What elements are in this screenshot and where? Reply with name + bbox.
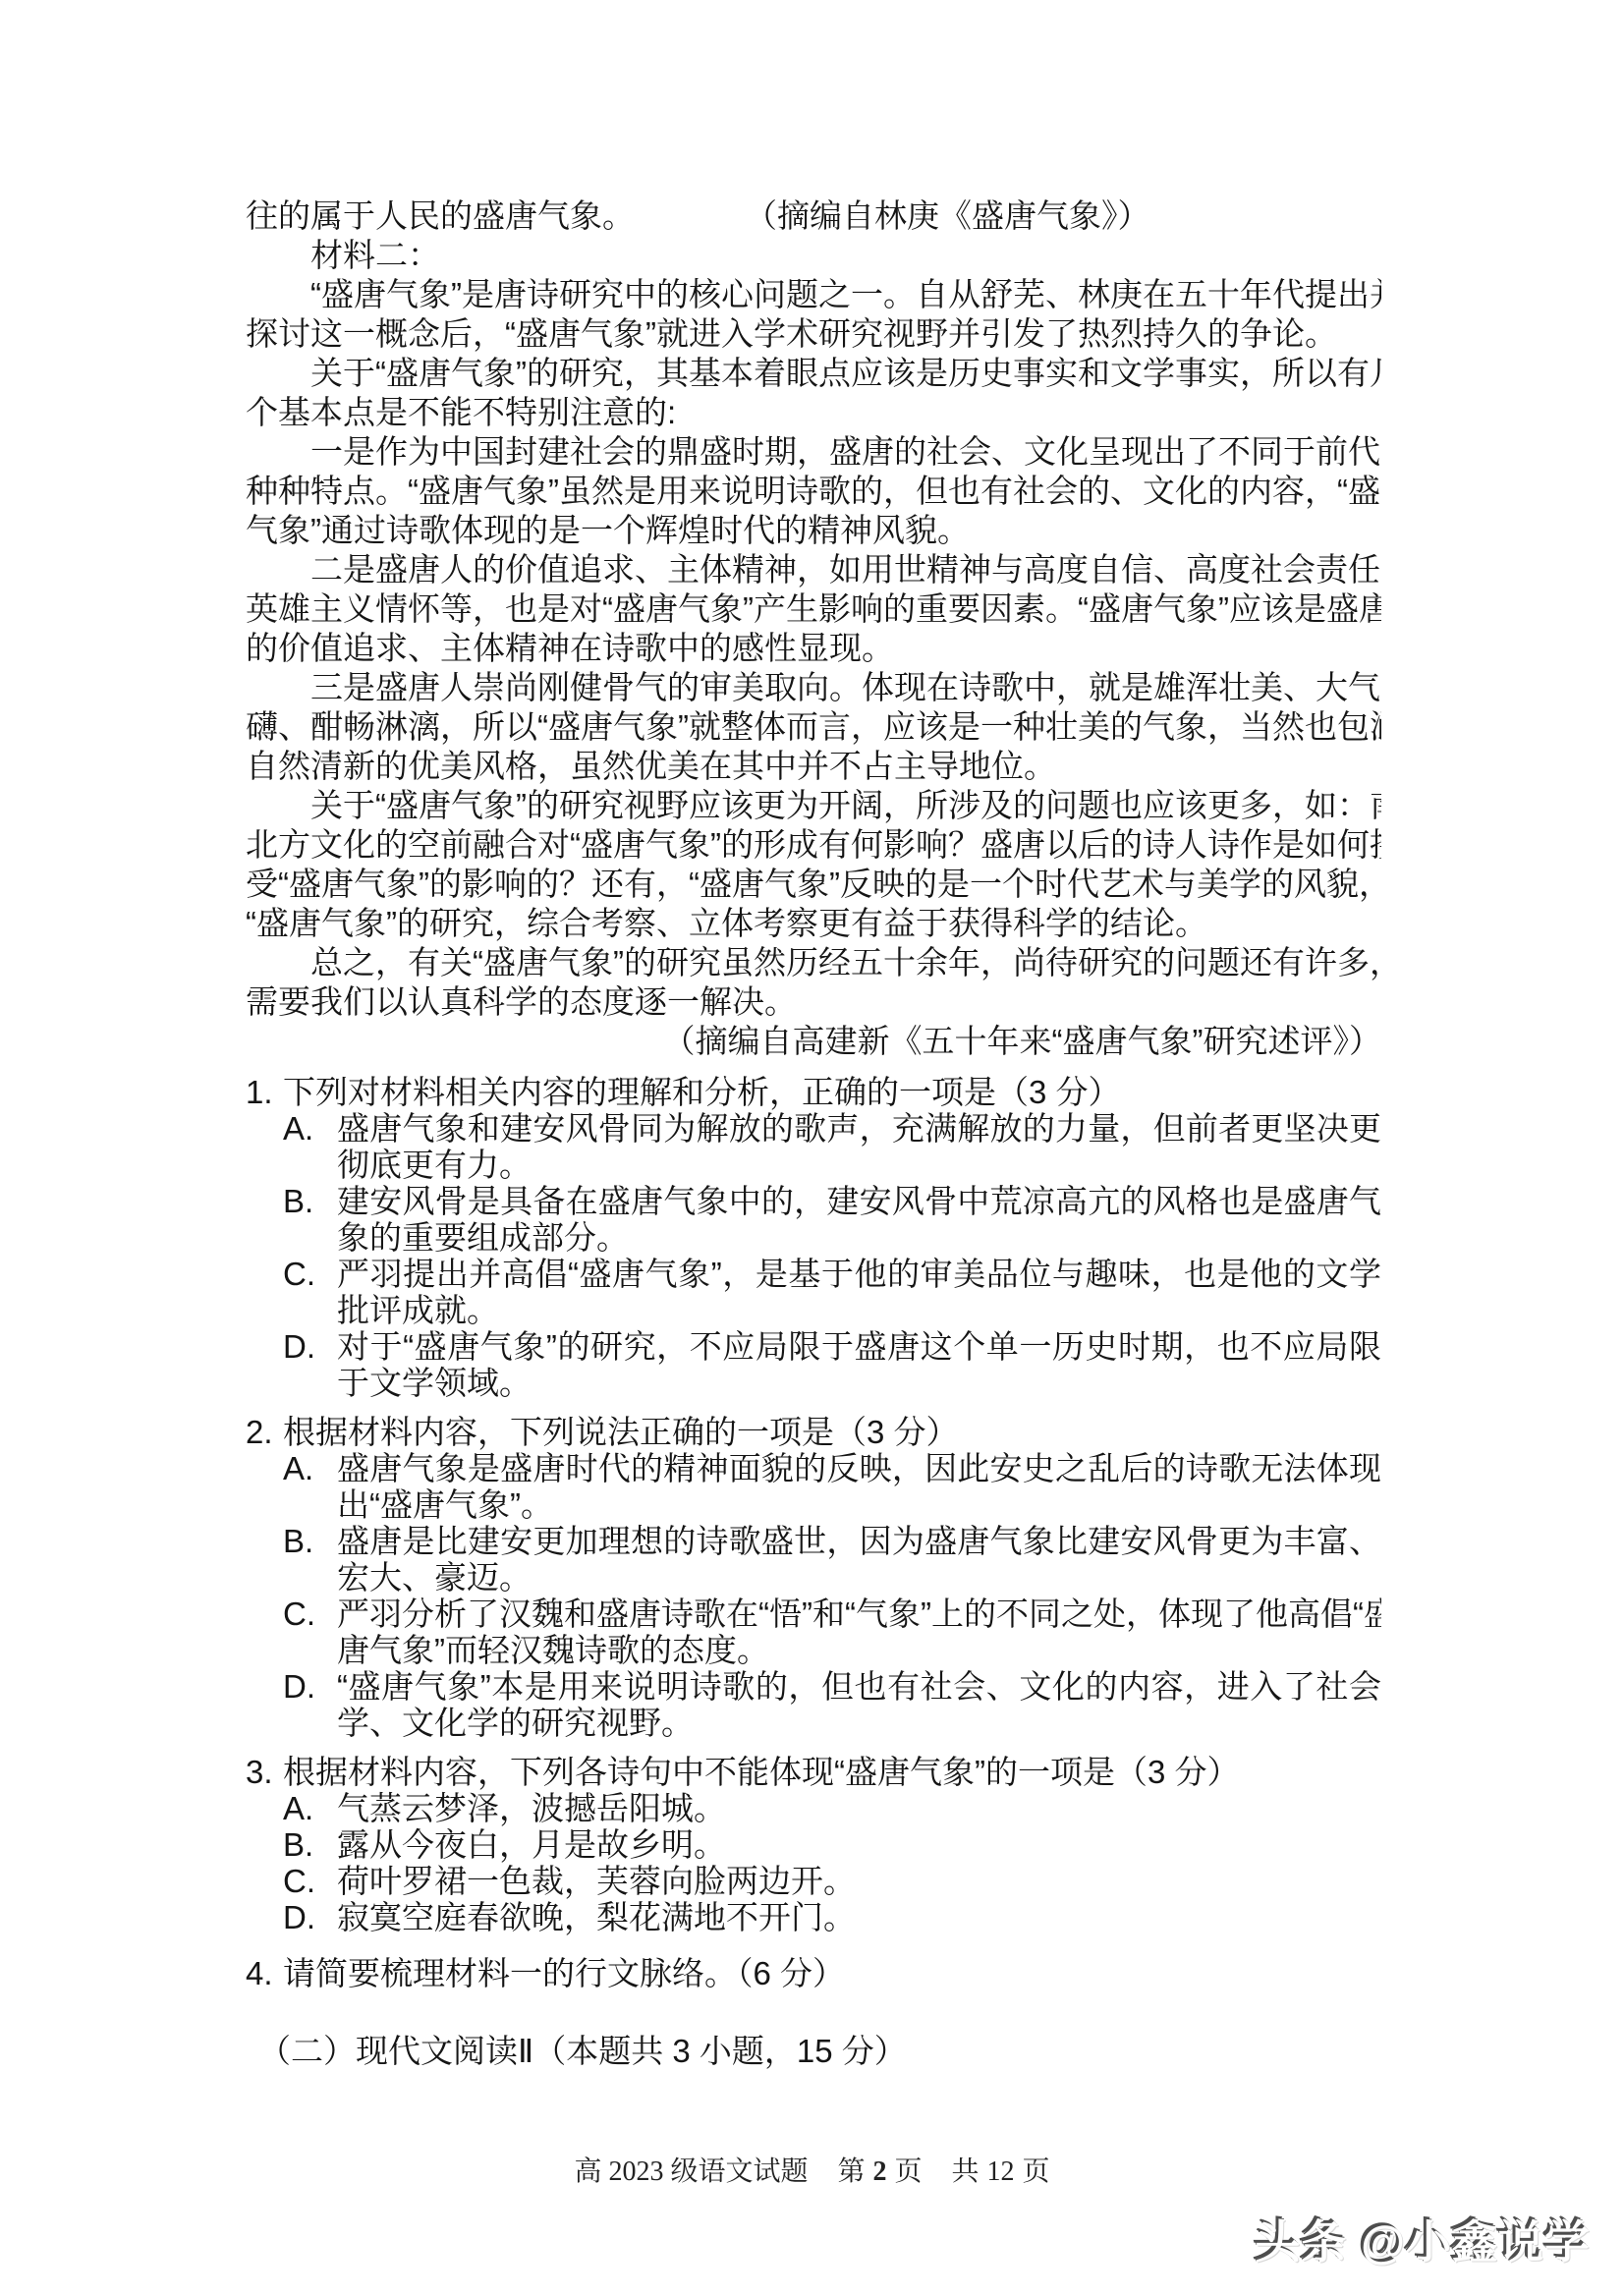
option-text: 建安风骨是具备在盛唐气象中的，建安风骨中荒凉高亢的风格也是盛唐气象的重要组成部分… <box>337 1183 1381 1256</box>
paragraph-line: 探讨这一概念后，“盛唐气象”就进入学术研究视野并引发了热烈持久的争论。 <box>246 314 1381 354</box>
material-two-attribution: （摘编自高建新《五十年来“盛唐气象”研究述评》） <box>246 1022 1381 1061</box>
option-label: C. <box>283 1596 337 1668</box>
paragraph: 二是盛唐人的价值追求、主体精神，如用世精神与高度自信、高度社会责任感、英雄主义情… <box>246 550 1381 668</box>
option-line: 建安风骨是具备在盛唐气象中的，建安风骨中荒凉高亢的风格也是盛唐气 <box>337 1183 1381 1219</box>
option-text: 盛唐气象和建安风骨同为解放的歌声，充满解放的力量，但前者更坚决更彻底更有力。 <box>337 1110 1381 1183</box>
option-label: C. <box>283 1863 337 1899</box>
option-row: C.荷叶罗裙一色裁，芙蓉向脸两边开。 <box>283 1863 1381 1899</box>
option-label: C. <box>283 1256 337 1328</box>
option-label: A. <box>283 1790 337 1826</box>
option-line: 学、文化学的研究视野。 <box>337 1705 1381 1741</box>
page-footer: 高 2023 级语文试题第2页共12页 <box>0 2150 1624 2189</box>
page-content: 往的属于人民的盛唐气象。（摘编自林庚《盛唐气象》） 材料二： “盛唐气象”是唐诗… <box>246 196 1381 2069</box>
option-row: C.严羽提出并高倡“盛唐气象”，是基于他的审美品位与趣味，也是他的文学批评成就。 <box>283 1256 1381 1328</box>
option-line: “盛唐气象”本是用来说明诗歌的，但也有社会、文化的内容，进入了社会 <box>337 1668 1381 1705</box>
footer-page-suffix: 页 <box>894 2156 922 2187</box>
question: 2.根据材料内容，下列说法正确的一项是（3 分）A.盛唐气象是盛唐时代的精神面貌… <box>246 1414 1381 1741</box>
option-line: 盛唐气象和建安风骨同为解放的歌声，充满解放的力量，但前者更坚决更 <box>337 1110 1381 1147</box>
option-text: 对于“盛唐气象”的研究，不应局限于盛唐这个单一历史时期，也不应局限于文学领域。 <box>337 1328 1381 1401</box>
option-row: D.“盛唐气象”本是用来说明诗歌的，但也有社会、文化的内容，进入了社会学、文化学… <box>283 1668 1381 1741</box>
paragraph-line: 的价值追求、主体精神在诗歌中的感性显现。 <box>246 629 1381 668</box>
continuation-line: 往的属于人民的盛唐气象。（摘编自林庚《盛唐气象》） <box>246 196 1381 236</box>
question-row: 2.根据材料内容，下列说法正确的一项是（3 分）A.盛唐气象是盛唐时代的精神面貌… <box>246 1414 1381 1741</box>
paragraph-line: 气象”通过诗歌体现的是一个辉煌时代的精神风貌。 <box>246 511 1381 550</box>
question-row: 1.下列对材料相关内容的理解和分析，正确的一项是（3 分）A.盛唐气象和建安风骨… <box>246 1074 1381 1401</box>
option-row: A.盛唐气象和建安风骨同为解放的歌声，充满解放的力量，但前者更坚决更彻底更有力。 <box>283 1110 1381 1183</box>
paragraph: 一是作为中国封建社会的鼎盛时期，盛唐的社会、文化呈现出了不同于前代的种种特点。“… <box>246 432 1381 550</box>
question-body: 下列对材料相关内容的理解和分析，正确的一项是（3 分）A.盛唐气象和建安风骨同为… <box>283 1074 1381 1401</box>
option-row: D.对于“盛唐气象”的研究，不应局限于盛唐这个单一历史时期，也不应局限于文学领域… <box>283 1328 1381 1401</box>
question-number: 4. <box>246 1955 283 1991</box>
question-body: 根据材料内容，下列说法正确的一项是（3 分）A.盛唐气象是盛唐时代的精神面貌的反… <box>283 1414 1381 1741</box>
question-stem: 下列对材料相关内容的理解和分析，正确的一项是（3 分） <box>283 1074 1381 1110</box>
option-text: 荷叶罗裙一色裁，芙蓉向脸两边开。 <box>337 1863 1381 1899</box>
question-body: 请简要梳理材料一的行文脉络。（6 分） <box>283 1955 1381 1991</box>
material-one-attribution: （摘编自林庚《盛唐气象》） <box>745 197 1150 234</box>
continuation-text: 往的属于人民的盛唐气象。 <box>246 197 635 234</box>
option-row: D.寂寞空庭春欲晚，梨花满地不开门。 <box>283 1899 1381 1935</box>
paragraph-line: 受“盛唐气象”的影响的？还有，“盛唐气象”反映的是一个时代艺术与美学的风貌，对 <box>246 865 1381 904</box>
paragraph-line: 三是盛唐人崇尚刚健骨气的审美取向。体现在诗歌中，就是雄浑壮美、大气磅 <box>246 668 1381 707</box>
option-text: 盛唐是比建安更加理想的诗歌盛世，因为盛唐气象比建安风骨更为丰富、宏大、豪迈。 <box>337 1523 1381 1596</box>
question-number: 1. <box>246 1074 283 1401</box>
question-row: 4.请简要梳理材料一的行文脉络。（6 分） <box>246 1955 1381 1991</box>
option-line: 彻底更有力。 <box>337 1147 1381 1183</box>
footer-title: 高 2023 级语文试题 <box>574 2156 808 2187</box>
paragraph-line: 需要我们以认真科学的态度逐一解决。 <box>246 982 1381 1022</box>
option-line: 盛唐气象是盛唐时代的精神面貌的反映，因此安史之乱后的诗歌无法体现 <box>337 1450 1381 1486</box>
paragraph-line: 二是盛唐人的价值追求、主体精神，如用世精神与高度自信、高度社会责任感、 <box>246 550 1381 589</box>
option-text: 寂寞空庭春欲晚，梨花满地不开门。 <box>337 1899 1381 1935</box>
option-text: 严羽提出并高倡“盛唐气象”，是基于他的审美品位与趣味，也是他的文学批评成就。 <box>337 1256 1381 1328</box>
question: 1.下列对材料相关内容的理解和分析，正确的一项是（3 分）A.盛唐气象和建安风骨… <box>246 1074 1381 1401</box>
material-two-body: “盛唐气象”是唐诗研究中的核心问题之一。自从舒芜、林庚在五十年代提出并探讨这一概… <box>246 275 1381 1022</box>
option-line: 寂寞空庭春欲晚，梨花满地不开门。 <box>337 1899 1381 1935</box>
option-row: B.露从今夜白，月是故乡明。 <box>283 1826 1381 1863</box>
exam-paper-page: 往的属于人民的盛唐气象。（摘编自林庚《盛唐气象》） 材料二： “盛唐气象”是唐诗… <box>0 0 1624 2296</box>
section-heading: （二）现代文阅读Ⅱ（本题共 3 小题，15 分） <box>258 2033 1381 2069</box>
toutiao-watermark: 头条 @小鑫说学 <box>1255 2207 1591 2271</box>
option-line: 露从今夜白，月是故乡明。 <box>337 1826 1381 1863</box>
footer-page-number: 2 <box>872 2156 886 2187</box>
option-row: B.建安风骨是具备在盛唐气象中的，建安风骨中荒凉高亢的风格也是盛唐气象的重要组成… <box>283 1183 1381 1256</box>
paragraph-line: 北方文化的空前融合对“盛唐气象”的形成有何影响？盛唐以后的诗人诗作是如何接 <box>246 825 1381 865</box>
option-label: D. <box>283 1328 337 1401</box>
paragraph-line: “盛唐气象”是唐诗研究中的核心问题之一。自从舒芜、林庚在五十年代提出并 <box>246 275 1381 314</box>
question-number: 2. <box>246 1414 283 1741</box>
option-label: B. <box>283 1826 337 1863</box>
option-text: “盛唐气象”本是用来说明诗歌的，但也有社会、文化的内容，进入了社会学、文化学的研… <box>337 1668 1381 1741</box>
option-label: A. <box>283 1450 337 1523</box>
option-line: 宏大、豪迈。 <box>337 1559 1381 1596</box>
option-line: 对于“盛唐气象”的研究，不应局限于盛唐这个单一历史时期，也不应局限 <box>337 1328 1381 1365</box>
material-two-label: 材料二： <box>246 236 1381 275</box>
option-line: 批评成就。 <box>337 1292 1381 1328</box>
option-text: 气蒸云梦泽，波撼岳阳城。 <box>337 1790 1381 1826</box>
paragraph: 总之，有关“盛唐气象”的研究虽然历经五十余年，尚待研究的问题还有许多，需要我们以… <box>246 943 1381 1022</box>
question: 3.根据材料内容，下列各诗句中不能体现“盛唐气象”的一项是（3 分）A.气蒸云梦… <box>246 1754 1381 1935</box>
question-number: 3. <box>246 1754 283 1935</box>
paragraph-line: “盛唐气象”的研究，综合考察、立体考察更有益于获得科学的结论。 <box>246 904 1381 943</box>
option-row: C.严羽分析了汉魏和盛唐诗歌在“悟”和“气象”上的不同之处，体现了他高倡“盛唐气… <box>283 1596 1381 1668</box>
question-stem: 请简要梳理材料一的行文脉络。（6 分） <box>283 1955 1381 1991</box>
option-row: B.盛唐是比建安更加理想的诗歌盛世，因为盛唐气象比建安风骨更为丰富、宏大、豪迈。 <box>283 1523 1381 1596</box>
paragraph: 关于“盛唐气象”的研究，其基本着眼点应该是历史事实和文学事实，所以有几个基本点是… <box>246 354 1381 432</box>
option-line: 于文学领域。 <box>337 1365 1381 1401</box>
option-label: D. <box>283 1899 337 1935</box>
paragraph-line: 英雄主义情怀等，也是对“盛唐气象”产生影响的重要因素。“盛唐气象”应该是盛唐人 <box>246 589 1381 629</box>
paragraph-line: 个基本点是不能不特别注意的: <box>246 393 1381 432</box>
option-text: 严羽分析了汉魏和盛唐诗歌在“悟”和“气象”上的不同之处，体现了他高倡“盛唐气象”… <box>337 1596 1381 1668</box>
option-text: 露从今夜白，月是故乡明。 <box>337 1826 1381 1863</box>
footer-total-number: 12 <box>987 2156 1015 2187</box>
paragraph: 三是盛唐人崇尚刚健骨气的审美取向。体现在诗歌中，就是雄浑壮美、大气磅礴、酣畅淋漓… <box>246 668 1381 786</box>
question-stem: 根据材料内容，下列说法正确的一项是（3 分） <box>283 1414 1381 1450</box>
option-line: 荷叶罗裙一色裁，芙蓉向脸两边开。 <box>337 1863 1381 1899</box>
paragraph-line: 关于“盛唐气象”的研究视野应该更为开阔，所涉及的问题也应该更多，如：南 <box>246 786 1381 825</box>
footer-total-suffix: 页 <box>1023 2156 1050 2187</box>
paragraph-line: 关于“盛唐气象”的研究，其基本着眼点应该是历史事实和文学事实，所以有几 <box>246 354 1381 393</box>
option-label: A. <box>283 1110 337 1183</box>
paragraph-line: 一是作为中国封建社会的鼎盛时期，盛唐的社会、文化呈现出了不同于前代的 <box>246 432 1381 472</box>
option-row: A.气蒸云梦泽，波撼岳阳城。 <box>283 1790 1381 1826</box>
option-label: B. <box>283 1183 337 1256</box>
question-body: 根据材料内容，下列各诗句中不能体现“盛唐气象”的一项是（3 分）A.气蒸云梦泽，… <box>283 1754 1381 1935</box>
question: 4.请简要梳理材料一的行文脉络。（6 分） <box>246 1955 1381 1991</box>
option-row: A.盛唐气象是盛唐时代的精神面貌的反映，因此安史之乱后的诗歌无法体现出“盛唐气象… <box>283 1450 1381 1523</box>
question-row: 3.根据材料内容，下列各诗句中不能体现“盛唐气象”的一项是（3 分）A.气蒸云梦… <box>246 1754 1381 1935</box>
paragraph-line: 自然清新的优美风格，虽然优美在其中并不占主导地位。 <box>246 747 1381 786</box>
footer-page-prefix: 第 <box>837 2156 865 2187</box>
option-text: 盛唐气象是盛唐时代的精神面貌的反映，因此安史之乱后的诗歌无法体现出“盛唐气象”。 <box>337 1450 1381 1523</box>
option-line: 严羽提出并高倡“盛唐气象”，是基于他的审美品位与趣味，也是他的文学 <box>337 1256 1381 1292</box>
paragraph-line: 礴、酣畅淋漓，所以“盛唐气象”就整体而言，应该是一种壮美的气象，当然也包涵 <box>246 707 1381 747</box>
questions: 1.下列对材料相关内容的理解和分析，正确的一项是（3 分）A.盛唐气象和建安风骨… <box>246 1074 1381 1991</box>
option-line: 严羽分析了汉魏和盛唐诗歌在“悟”和“气象”上的不同之处，体现了他高倡“盛 <box>337 1596 1381 1632</box>
option-line: 象的重要组成部分。 <box>337 1219 1381 1256</box>
paragraph-line: 种种特点。“盛唐气象”虽然是用来说明诗歌的，但也有社会的、文化的内容，“盛唐 <box>246 472 1381 511</box>
option-line: 盛唐是比建安更加理想的诗歌盛世，因为盛唐气象比建安风骨更为丰富、 <box>337 1523 1381 1559</box>
question-stem: 根据材料内容，下列各诗句中不能体现“盛唐气象”的一项是（3 分） <box>283 1754 1381 1790</box>
footer-total-prefix: 共 <box>952 2156 980 2187</box>
paragraph: 关于“盛唐气象”的研究视野应该更为开阔，所涉及的问题也应该更多，如：南北方文化的… <box>246 786 1381 943</box>
option-label: D. <box>283 1668 337 1741</box>
option-line: 气蒸云梦泽，波撼岳阳城。 <box>337 1790 1381 1826</box>
paragraph-line: 总之，有关“盛唐气象”的研究虽然历经五十余年，尚待研究的问题还有许多， <box>246 943 1381 982</box>
paragraph: “盛唐气象”是唐诗研究中的核心问题之一。自从舒芜、林庚在五十年代提出并探讨这一概… <box>246 275 1381 354</box>
option-line: 唐气象”而轻汉魏诗歌的态度。 <box>337 1632 1381 1668</box>
option-line: 出“盛唐气象”。 <box>337 1486 1381 1523</box>
option-label: B. <box>283 1523 337 1596</box>
